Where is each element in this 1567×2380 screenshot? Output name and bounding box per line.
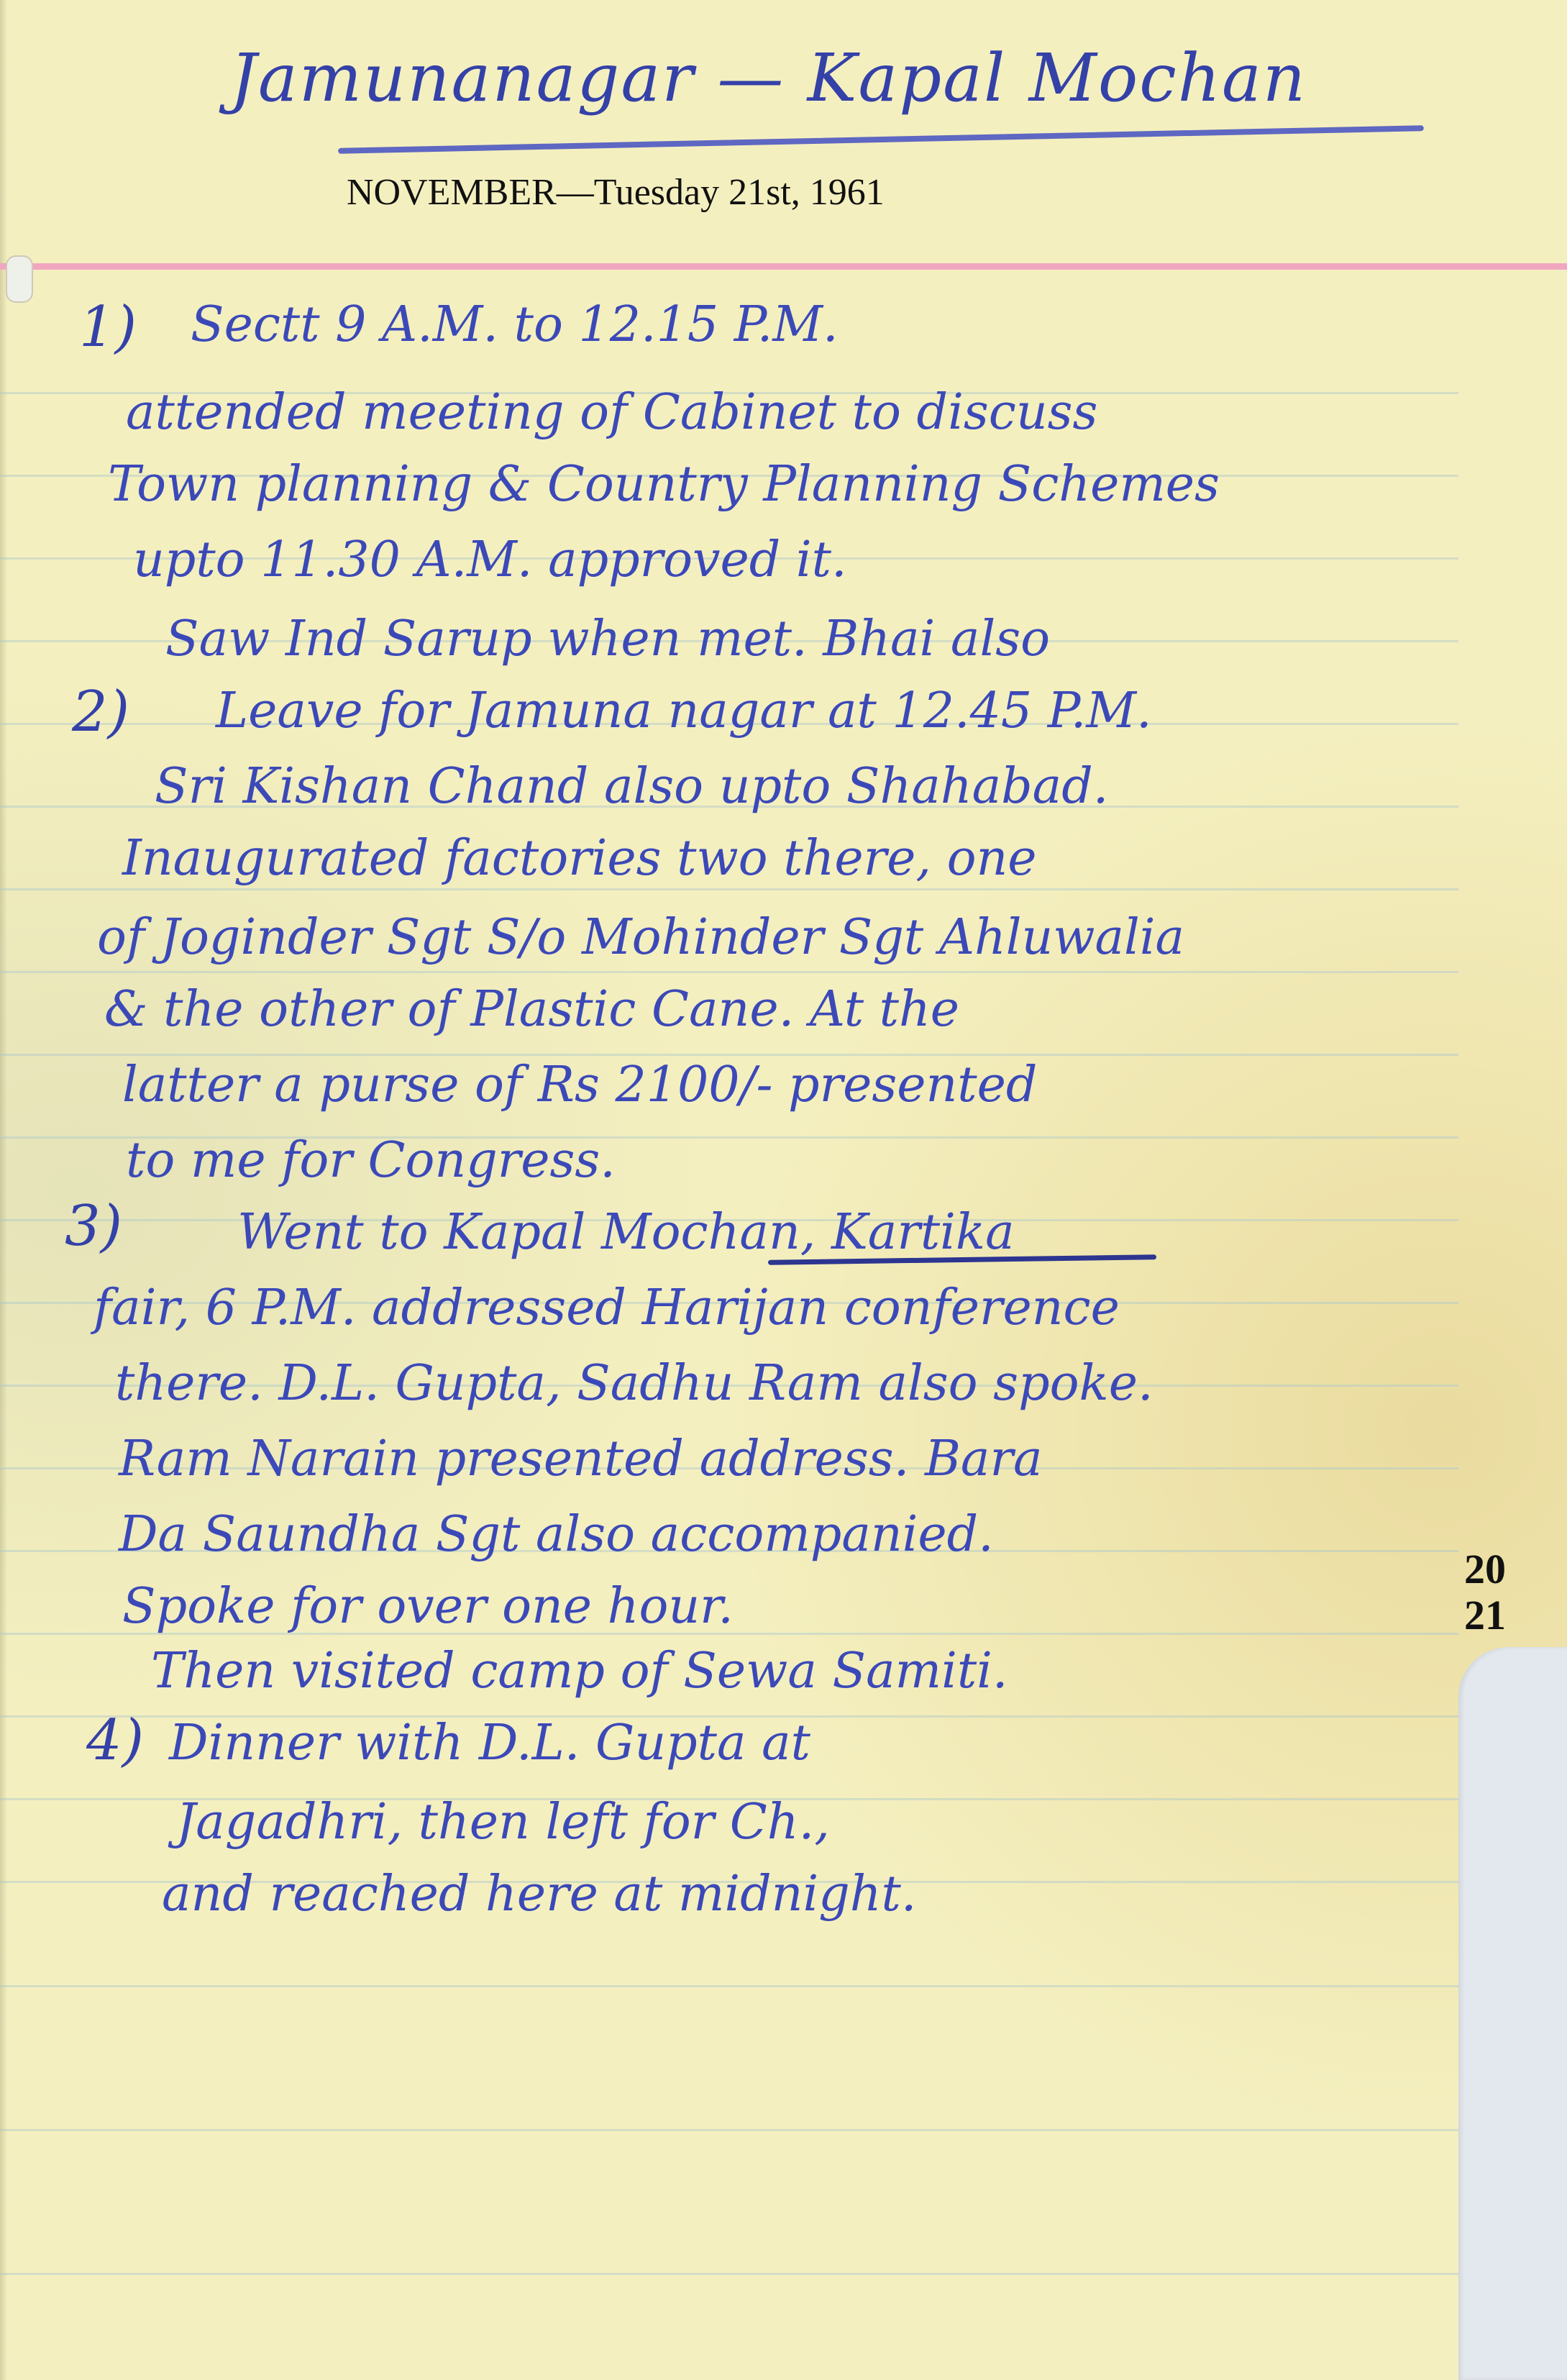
entry-line: Ram Narain presented address. Bara — [119, 1435, 1043, 1484]
entry-line: Da Saundha Sgt also accompanied. — [119, 1510, 994, 1559]
entry-line: Sectt 9 A.M. to 12.15 P.M. — [191, 301, 839, 350]
page-edge-shadow — [0, 0, 7, 2380]
entry-line: Spoke for over one hour. — [122, 1582, 734, 1631]
ruled-line — [0, 2273, 1458, 2275]
pink-margin-rule — [0, 263, 1567, 270]
punch-hole — [6, 255, 33, 303]
handwritten-title: Jamunanagar — Kapal Mochan — [230, 40, 1307, 117]
tab-number: 21 — [1464, 1592, 1506, 1638]
entry-line: of Joginder Sgt S/o Mohinder Sgt Ahluwal… — [97, 913, 1184, 962]
entry-line: Sri Kishan Chand also upto Shahabad. — [155, 762, 1108, 811]
entry-line: Leave for Jamuna nagar at 12.45 P.M. — [216, 687, 1152, 736]
ruled-line — [0, 888, 1458, 890]
backing-sheet — [1458, 1647, 1567, 2380]
ruled-line — [0, 1054, 1458, 1056]
entry-line: fair, 6 P.M. addressed Harijan conferenc… — [93, 1284, 1120, 1333]
ruled-line — [0, 2129, 1458, 2131]
entry-line: Jagadhri, then left for Ch., — [176, 1798, 830, 1847]
thumb-index-tab: 20 21 — [1464, 1546, 1506, 1638]
entry-line: attended meeting of Cabinet to discuss — [126, 388, 1097, 437]
entry-number: 3) — [65, 1194, 122, 1259]
entry-line: Town planning & Country Planning Schemes — [108, 460, 1220, 509]
entry-line: Went to Kapal Mochan, Kartika — [237, 1208, 1015, 1257]
entry-line: and reached here at midnight. — [162, 1870, 916, 1919]
entry-line: Dinner with D.L. Gupta at — [169, 1719, 810, 1768]
entry-number: 4) — [86, 1708, 144, 1773]
ruled-line — [0, 1985, 1458, 1987]
entry-line: Then visited camp of Sewa Samiti. — [151, 1647, 1008, 1696]
entry-line: to me for Congress. — [126, 1136, 616, 1185]
title-underline — [338, 125, 1424, 154]
diary-page: Jamunanagar — Kapal Mochan NOVEMBER—Tues… — [0, 0, 1567, 2380]
entry-line: there. D.L. Gupta, Sadhu Ram also spoke. — [115, 1359, 1153, 1408]
entry-number: 1) — [79, 295, 137, 360]
entry-line: Inaugurated factories two there, one — [122, 834, 1037, 883]
entry-number: 2) — [72, 680, 129, 744]
printed-date-header: NOVEMBER—Tuesday 21st, 1961 — [347, 171, 885, 214]
entry-line: latter a purse of Rs 2100/- presented — [122, 1061, 1037, 1110]
entry-line: & the other of Plastic Cane. At the — [104, 985, 959, 1034]
entry-line: Saw Ind Sarup when met. Bhai also — [165, 615, 1050, 664]
ruled-line — [0, 971, 1458, 973]
entry-line: upto 11.30 A.M. approved it. — [133, 536, 847, 585]
tab-number: 20 — [1464, 1546, 1506, 1592]
